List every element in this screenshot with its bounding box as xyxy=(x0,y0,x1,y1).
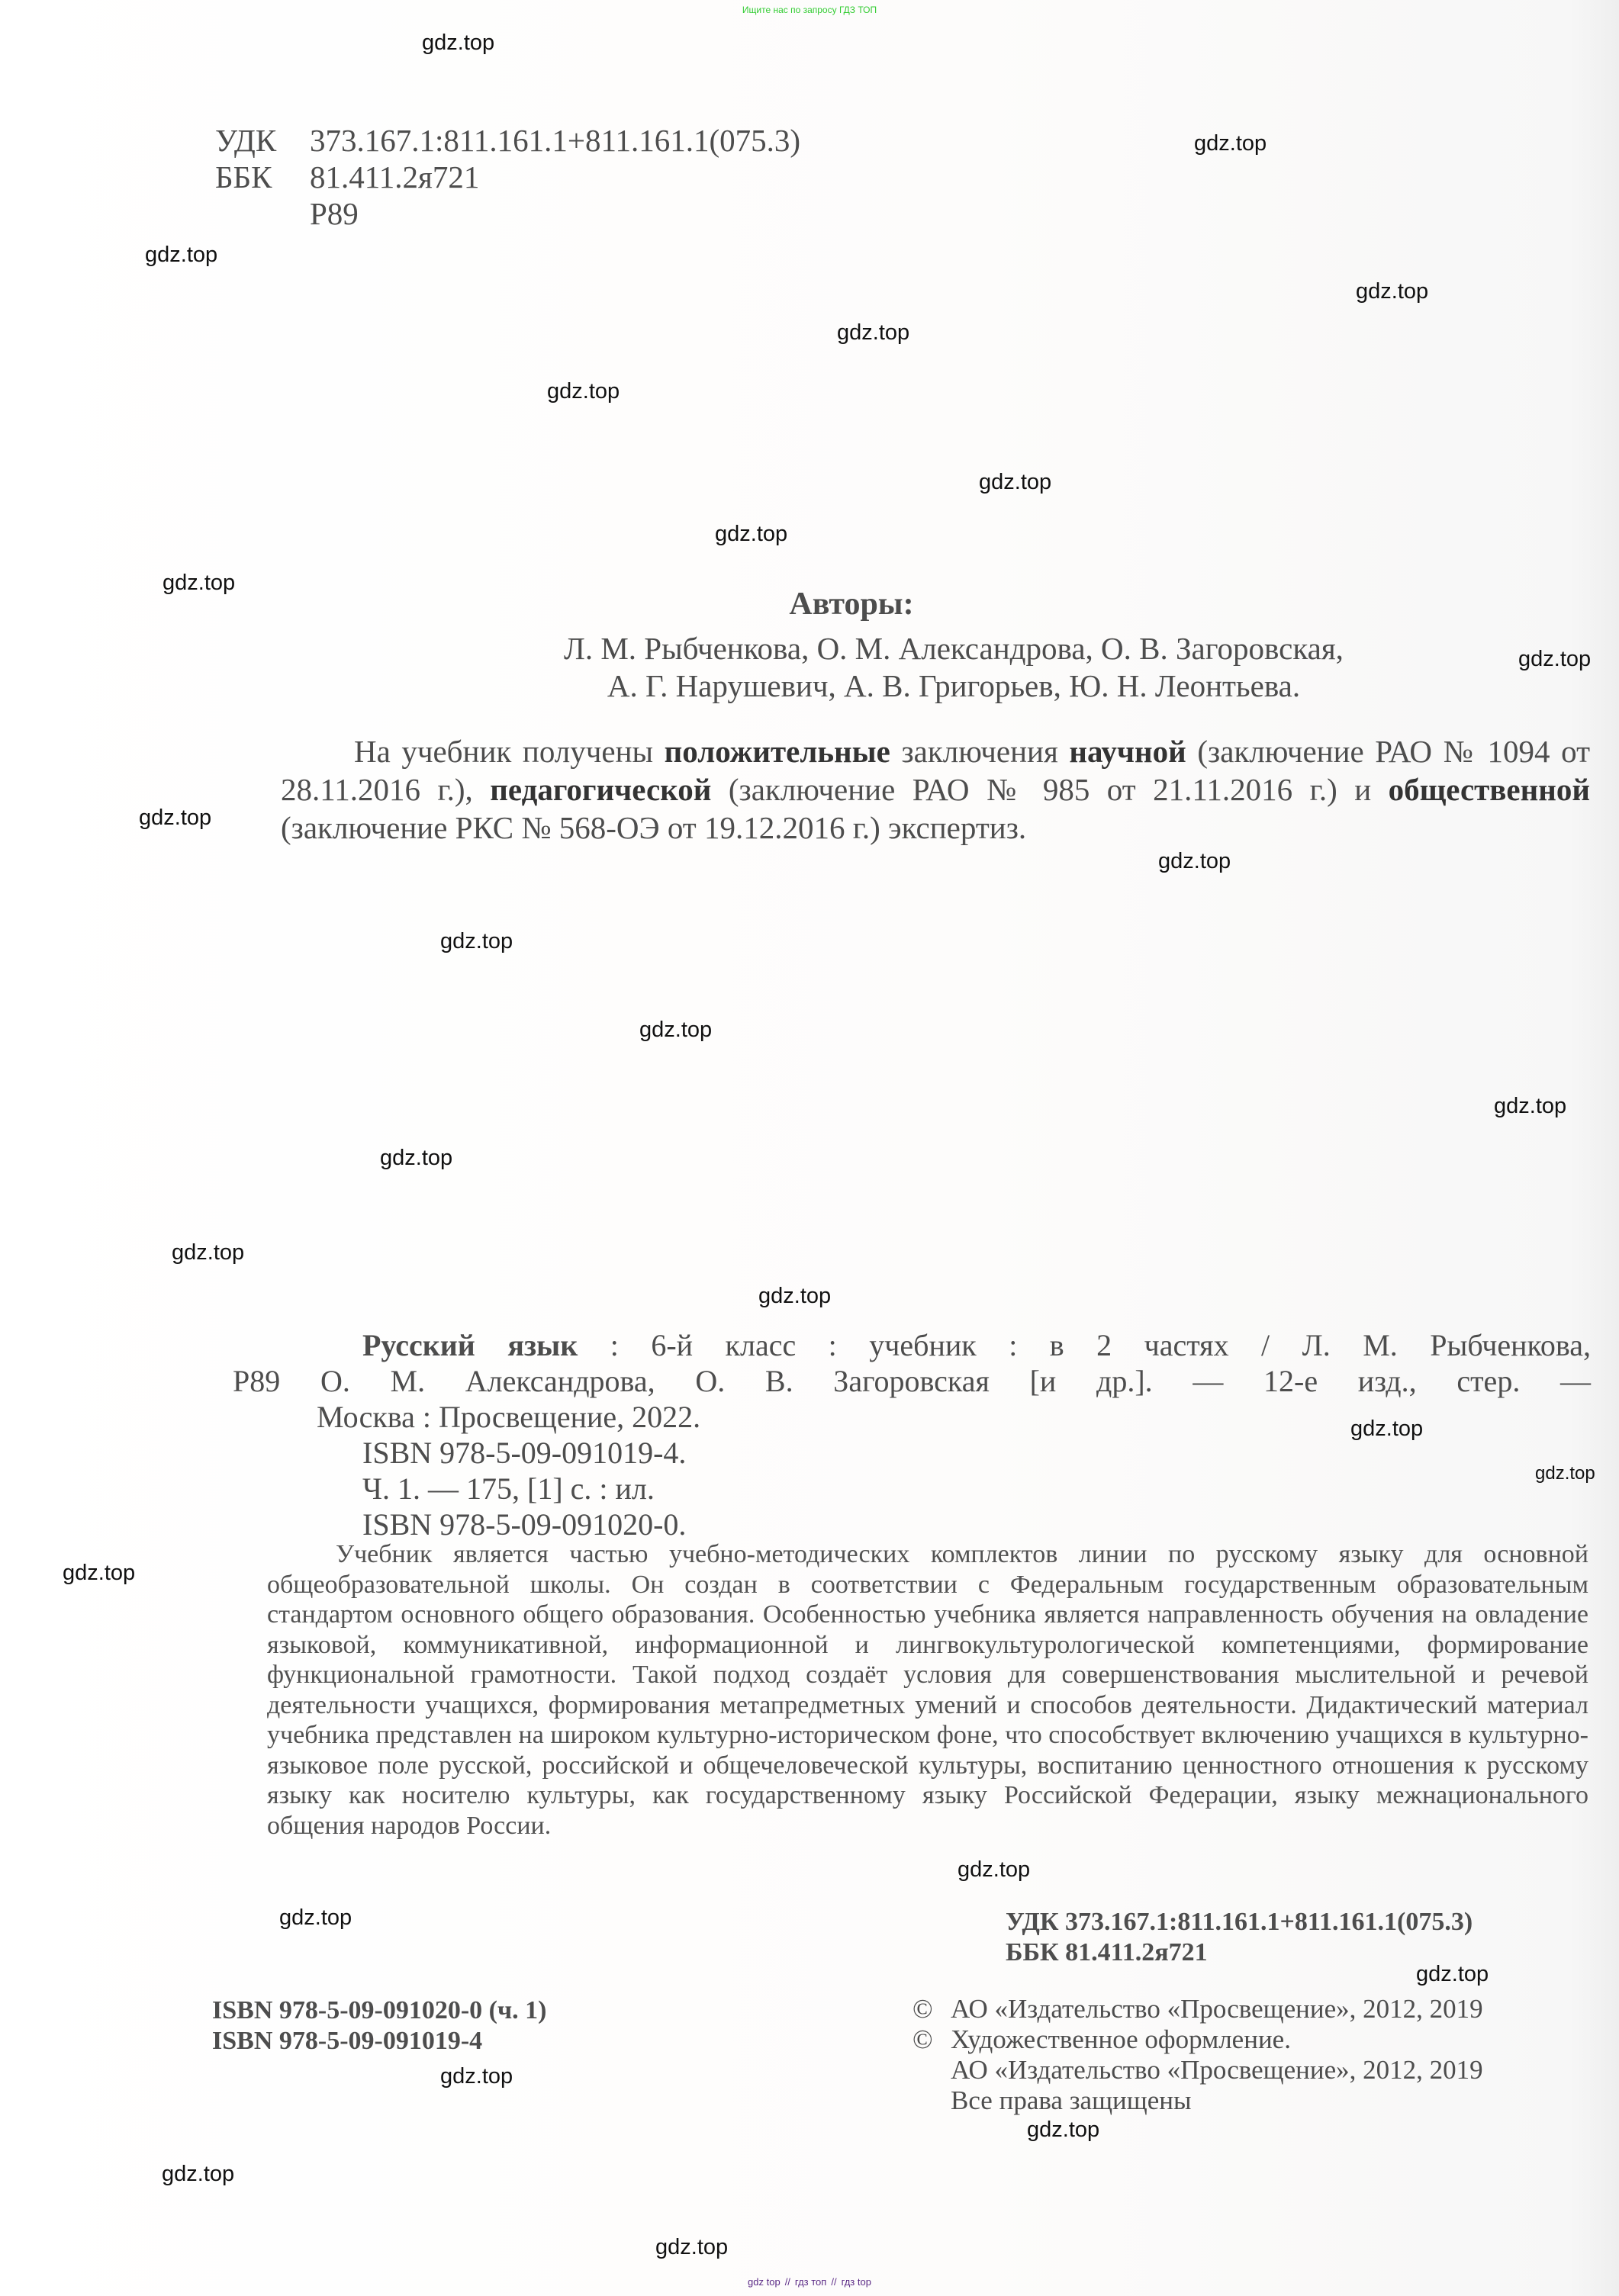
author-mark: Р89 xyxy=(233,1364,280,1398)
watermark: gdz.top xyxy=(958,1857,1030,1883)
watermark: gdz.top xyxy=(163,571,235,596)
book-imprint-page: Ищите нас по запросу ГДЗ ТОП УДК373.167.… xyxy=(0,0,1619,2296)
isbn-set: ISBN 978-5-09-091019-4 xyxy=(212,2026,546,2056)
classification-block-bottom: УДК 373.167.1:811.161.1+811.161.1(075.3)… xyxy=(1006,1907,1473,1968)
search-banner[interactable]: Ищите нас по запросу ГДЗ ТОП xyxy=(0,5,1619,15)
text: (заключение РАО № 985 от 21.11.2016 г.) … xyxy=(711,772,1388,807)
copyright-design: Художественное оформление. xyxy=(951,2024,1291,2054)
footer-link[interactable]: гдз топ xyxy=(795,2276,826,2288)
copyright-publisher: АО «Издательство «Просвещение», 2012, 20… xyxy=(951,1994,1483,2024)
bbk-value: 81.411.2я721 xyxy=(310,159,479,195)
text: (заключение РКС № 568-ОЭ от 19.12.2016 г… xyxy=(281,810,1026,845)
watermark: gdz.top xyxy=(1518,647,1591,672)
watermark: gdz.top xyxy=(1494,1094,1566,1119)
isbn-part-1: ISBN 978-5-09-091020-0 (ч. 1) xyxy=(212,1995,546,2026)
text: На учебник получены xyxy=(354,734,665,769)
watermark: gdz.top xyxy=(139,806,211,831)
annotation-paragraph: Учебник является частью учебно-методичес… xyxy=(267,1539,1588,1841)
watermark: gdz.top xyxy=(1535,1463,1595,1484)
watermark: gdz.top xyxy=(1194,131,1267,156)
bold-positive: положительные xyxy=(665,734,890,769)
watermark: gdz.top xyxy=(1356,279,1428,304)
watermark: gdz.top xyxy=(1350,1417,1423,1442)
watermark: gdz.top xyxy=(279,1905,352,1931)
text: : 6-й класс : учебник : в 2 частях / Л. … xyxy=(578,1328,1591,1362)
watermark: gdz.top xyxy=(547,379,620,404)
watermark: gdz.top xyxy=(1158,849,1231,874)
bbk-label: ББК xyxy=(215,159,310,195)
authors-heading: Авторы: xyxy=(0,586,1619,622)
footer-link[interactable]: гдз top xyxy=(842,2276,871,2288)
copyright-block: ©АО «Издательство «Просвещение», 2012, 2… xyxy=(912,1994,1483,2116)
text: заключения xyxy=(890,734,1070,769)
expertise-paragraph: На учебник получены положительные заключ… xyxy=(281,732,1590,847)
rights-reserved: Все права защищены xyxy=(912,2085,1483,2116)
copyright-design-publisher: АО «Издательство «Просвещение», 2012, 20… xyxy=(912,2055,1483,2085)
watermark: gdz.top xyxy=(440,929,513,954)
watermark: gdz.top xyxy=(145,243,217,268)
text: О. М. Александрова, О. В. Загоровская [и… xyxy=(280,1364,1591,1398)
footer-links: gdz top//гдз топ//гдз top xyxy=(0,2276,1619,2288)
authors-list: Л. М. Рыбченкова, О. М. Александрова, О.… xyxy=(412,630,1495,705)
watermark: gdz.top xyxy=(979,470,1051,495)
footer-link[interactable]: gdz top xyxy=(748,2276,781,2288)
watermark: gdz.top xyxy=(172,1240,244,1265)
bold-public: общественной xyxy=(1389,772,1590,807)
classification-block-top: УДК373.167.1:811.161.1+811.161.1(075.3) … xyxy=(215,122,800,232)
watermark: gdz.top xyxy=(63,1561,135,1586)
copyright-icon: © xyxy=(912,2024,951,2055)
watermark: gdz.top xyxy=(1416,1962,1489,1987)
udk-label: УДК xyxy=(215,122,310,159)
copyright-icon: © xyxy=(912,1994,951,2024)
separator: // xyxy=(831,2276,836,2288)
bbk-bottom: ББК 81.411.2я721 xyxy=(1006,1937,1473,1968)
udk-value: 373.167.1:811.161.1+811.161.1(075.3) xyxy=(310,122,800,159)
biblio-isbn-2: ISBN 978-5-09-091020-0. xyxy=(233,1507,1591,1542)
watermark: gdz.top xyxy=(655,2235,728,2260)
bold-scientific: научной xyxy=(1069,734,1186,769)
author-mark: Р89 xyxy=(310,195,359,232)
watermark: gdz.top xyxy=(639,1018,712,1043)
watermark: gdz.top xyxy=(837,320,909,346)
watermark: gdz.top xyxy=(715,522,787,547)
authors-line-1: Л. М. Рыбченкова, О. М. Александрова, О.… xyxy=(412,630,1495,667)
watermark: gdz.top xyxy=(440,2064,513,2089)
watermark: gdz.top xyxy=(162,2162,234,2187)
biblio-line-2: Р89 О. М. Александрова, О. В. Загоровска… xyxy=(233,1363,1591,1399)
watermark: gdz.top xyxy=(1027,2118,1099,2143)
watermark: gdz.top xyxy=(422,31,494,56)
watermark: gdz.top xyxy=(758,1284,831,1309)
biblio-part: Ч. 1. — 175, [1] с. : ил. xyxy=(233,1471,1591,1507)
book-title: Русский язык xyxy=(362,1328,578,1362)
separator: // xyxy=(785,2276,790,2288)
isbn-block: ISBN 978-5-09-091020-0 (ч. 1) ISBN 978-5… xyxy=(212,1995,546,2056)
authors-line-2: А. Г. Нарушевич, А. В. Григорьев, Ю. Н. … xyxy=(412,667,1495,705)
biblio-line-1: Русский язык : 6-й класс : учебник : в 2… xyxy=(233,1327,1591,1363)
udk-bottom: УДК 373.167.1:811.161.1+811.161.1(075.3) xyxy=(1006,1907,1473,1937)
watermark: gdz.top xyxy=(380,1146,452,1171)
bold-pedagogical: педагогической xyxy=(490,772,711,807)
